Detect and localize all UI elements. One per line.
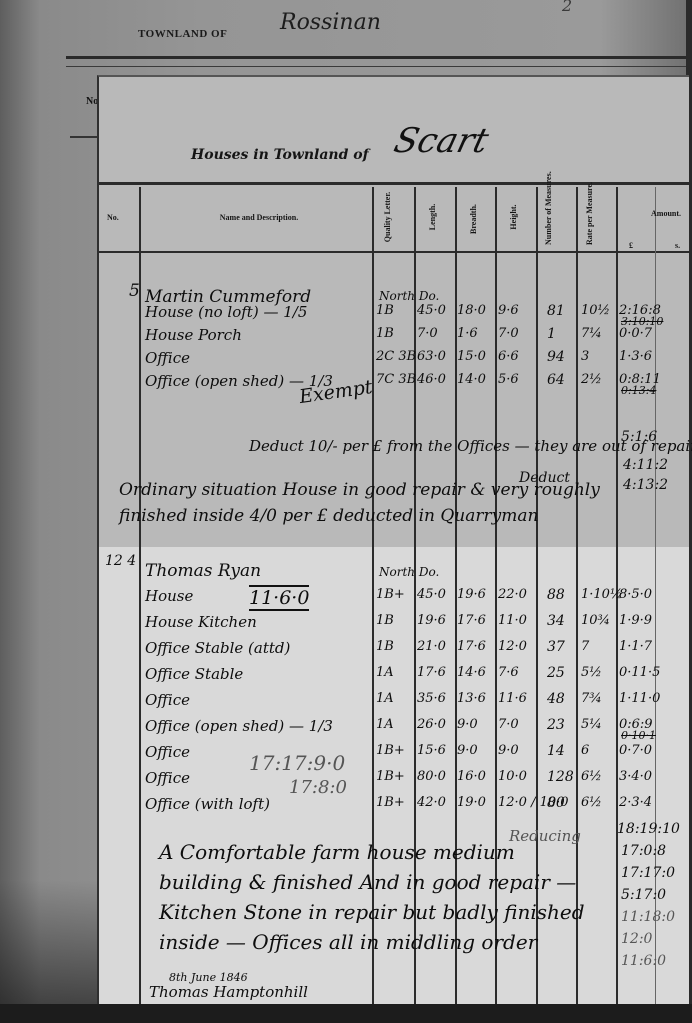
header-rate-per-measure: Rate per Measure.: [586, 189, 594, 245]
back-page-rule: [66, 56, 686, 59]
deduction-note: Deduct 10/- per £ from the Offices — the…: [249, 437, 692, 455]
cell-measures: 88: [547, 587, 565, 603]
cell-breadth: 17·6: [457, 639, 486, 654]
cell-quality: 1A: [376, 691, 394, 706]
entry-remarks: A Comfortable farm house medium building…: [159, 837, 599, 957]
entry-note: North Do.: [379, 565, 439, 579]
cell-quality: 1B+: [376, 795, 405, 810]
total-amount: 17:17:0: [621, 865, 675, 881]
cell-rate: 10¾: [581, 613, 610, 628]
cell-length: 19·6: [417, 613, 446, 628]
entry-remarks: Ordinary situation House in good repair …: [119, 477, 609, 529]
cell-amount: 0·0·7: [619, 326, 652, 341]
cell-amount: 1·9·9: [619, 613, 652, 628]
cell-rate: 10½: [581, 303, 610, 318]
cell-length: 26·0: [417, 717, 446, 732]
cell-amount: 0·7·0: [619, 743, 652, 758]
cell-measures: 34: [547, 613, 565, 629]
cell-height: 7·0: [498, 326, 519, 341]
cell-breadth: 14·6: [457, 665, 486, 680]
cell-breadth: 19·6: [457, 587, 486, 602]
header-length: Length.: [429, 197, 437, 237]
townland-name: Scart: [390, 121, 493, 161]
cell-measures: 37: [547, 639, 565, 655]
subtotal-amount: 18:19:10: [617, 821, 680, 837]
header-amount: Amount.: [651, 209, 681, 218]
cell-breadth: 9·0: [457, 743, 478, 758]
cell-quality: 1A: [376, 665, 394, 680]
scan-shadow: [0, 880, 110, 1023]
entry-number: 5: [129, 281, 140, 301]
cell-amount: 1·3·6: [619, 349, 652, 364]
cell-breadth: 1·6: [457, 326, 478, 341]
cell-quality: 1B+: [376, 743, 405, 758]
cell-rate: 7: [581, 639, 589, 654]
cell-quality: 1A: [376, 717, 394, 732]
cell-amount: 1·1·7: [619, 639, 652, 654]
overlay-note: Reducing: [509, 827, 581, 845]
cell-breadth: 9·0: [457, 717, 478, 732]
cell-rate: 5¼: [581, 717, 602, 732]
cell-quality: 2C 3B: [376, 349, 416, 364]
page-number: 2: [562, 0, 572, 15]
cell-rate: 3: [581, 349, 589, 364]
cell-length: 17·6: [417, 665, 446, 680]
cell-rate: 6½: [581, 769, 602, 784]
cell-desc: Office (with loft): [145, 795, 270, 813]
cell-length: 80·0: [417, 769, 446, 784]
cell-amount: 0·11·5: [619, 665, 660, 680]
header-breadth: Breadth.: [470, 199, 478, 239]
header-amount-pounds: £: [629, 241, 633, 250]
occupier-name: Thomas Ryan: [145, 561, 261, 581]
cell-desc: Office Stable (attd): [145, 639, 290, 657]
cell-measures: 128: [547, 769, 574, 785]
cell-measures: 14: [547, 743, 565, 759]
cell-quality: 1B: [376, 326, 394, 341]
cell-height: 10·0: [498, 769, 527, 784]
cell-quality: 1B+: [376, 587, 405, 602]
cell-breadth: 19·0: [457, 795, 486, 810]
cell-height: 9·0: [498, 743, 519, 758]
header-quality-letter: Quality Letter.: [384, 189, 392, 245]
cell-height: 11·0: [498, 613, 527, 628]
cell-measures: 80: [547, 795, 565, 811]
cell-height: 22·0: [498, 587, 527, 602]
cell-desc: House: [145, 587, 193, 605]
total-amount: 12:0: [621, 931, 652, 947]
cell-desc: Office: [145, 769, 190, 787]
cell-length: 21·0: [417, 639, 446, 654]
cell-amount: 1·11·0: [619, 691, 660, 706]
back-page-rule-thin: [66, 66, 686, 67]
cell-length: 7·0: [417, 326, 438, 341]
cell-amount: 8·5·0: [619, 587, 652, 602]
header-no: No.: [107, 213, 119, 222]
cell-amount: 2·3·4: [619, 795, 652, 810]
cell-height: 7·0: [498, 717, 519, 732]
valuator-signature: Thomas Hamptonhill: [149, 983, 308, 1001]
after-deduction-amount: 4:11:2: [623, 457, 668, 473]
cell-height: 5·6: [498, 372, 519, 387]
back-page-rule-short: [70, 136, 100, 138]
cell-measures: 48: [547, 691, 565, 707]
back-page-townland: Rossinan: [280, 10, 381, 35]
cell-length: 63·0: [417, 349, 446, 364]
total-amount: 11:18:0: [621, 909, 675, 925]
cell-quality: 1B: [376, 303, 394, 318]
cell-breadth: 14·0: [457, 372, 486, 387]
form-title: Houses in Townland of: [191, 147, 369, 163]
cell-measures: 1: [547, 326, 556, 342]
cell-height: 6·6: [498, 349, 519, 364]
total-amount: 5:17:0: [621, 887, 666, 903]
entry-note: North Do.: [379, 289, 439, 303]
cell-desc: Office: [145, 691, 190, 709]
cell-quality: 1B: [376, 639, 394, 654]
cell-quality: 1B+: [376, 769, 405, 784]
cell-desc: Office Stable: [145, 665, 243, 683]
final-amount: 4:13:2: [623, 477, 668, 493]
col-rule-no: [139, 187, 141, 1007]
cell-desc: Office (open shed) — 1/3: [145, 717, 333, 735]
cell-desc: House Porch: [145, 326, 242, 344]
header-height: Height.: [510, 197, 518, 237]
cell-rate: 7¼: [581, 326, 602, 341]
cell-breadth: 13·6: [457, 691, 486, 706]
header-bottom-rule: [99, 251, 689, 253]
header-amount-shillings: s.: [675, 241, 680, 250]
scan-bottom-edge: [0, 1004, 692, 1023]
header-name-description: Name and Description.: [199, 213, 319, 222]
cell-quality: 1B: [376, 613, 394, 628]
cell-rate: 2½: [581, 372, 602, 387]
cell-rate: 7¾: [581, 691, 602, 706]
cell-length: 15·6: [417, 743, 446, 758]
cell-desc: House (no loft) — 1/5: [145, 303, 307, 321]
cell-length: 45·0: [417, 303, 446, 318]
cell-height: 9·6: [498, 303, 519, 318]
cell-measures: 23: [547, 717, 565, 733]
cell-breadth: 16·0: [457, 769, 486, 784]
cell-length: 46·0: [417, 372, 446, 387]
cell-desc: Office: [145, 349, 190, 367]
cell-measures: 25: [547, 665, 565, 681]
cell-height: 7·6: [498, 665, 519, 680]
cell-measures: 64: [547, 372, 565, 388]
cell-height: 12·0: [498, 639, 527, 654]
margin-figure: 17:17:9·0: [249, 751, 345, 775]
margin-figure: 17:8:0: [289, 777, 347, 798]
cell-measures: 81: [547, 303, 565, 319]
houses-form-sheet: Houses in Townland of Scart No. Name and…: [97, 75, 689, 1007]
cell-length: 45·0: [417, 587, 446, 602]
total-amount: 11:6:0: [621, 953, 666, 969]
cell-length: 35·6: [417, 691, 446, 706]
cell-desc: Office: [145, 743, 190, 761]
header-top-rule: [99, 182, 689, 185]
cell-desc: House Kitchen: [145, 613, 257, 631]
header-number-of-measures: Number of Measures.: [545, 189, 553, 245]
cell-amount-struck: 0:13:4: [621, 384, 656, 397]
cell-measures: 94: [547, 349, 565, 365]
cell-rate: 6½: [581, 795, 602, 810]
cell-rate: 1·10½: [581, 587, 623, 602]
cell-amount-struck: 0·10·1: [621, 729, 656, 742]
cell-rate: 5½: [581, 665, 602, 680]
cell-amount: 3·4·0: [619, 769, 652, 784]
cell-rate: 6: [581, 743, 589, 758]
total-amount: 17:0:8: [621, 843, 666, 859]
cell-length: 42·0: [417, 795, 446, 810]
inline-figure: 11·6·0: [249, 585, 309, 611]
cell-breadth: 15·0: [457, 349, 486, 364]
cell-height: 11·6: [498, 691, 527, 706]
back-page-header-label: TOWNLAND OF: [138, 28, 227, 40]
cell-breadth: 17·6: [457, 613, 486, 628]
cell-quality: 7C 3B: [376, 372, 416, 387]
entry-number: 12 4: [105, 553, 136, 569]
cell-breadth: 18·0: [457, 303, 486, 318]
